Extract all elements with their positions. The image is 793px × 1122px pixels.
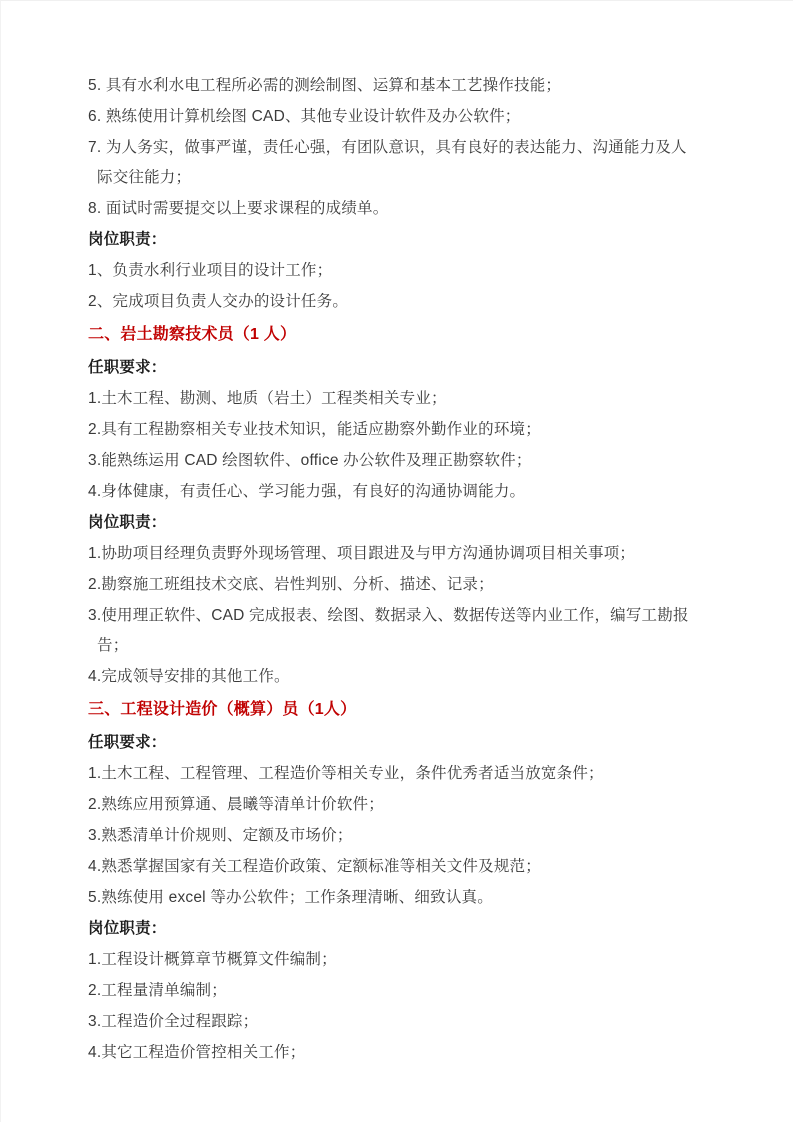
list-item: 4.身体健康，有责任心、学习能力强，有良好的沟通协调能力。 xyxy=(88,477,708,507)
list-item: 5.熟练使用 excel 等办公软件；工作条理清晰、细致认真。 xyxy=(88,883,708,913)
subsection-label: 任职要求： xyxy=(88,728,708,758)
list-item: 2.具有工程勘察相关专业技术知识，能适应勘察外勤作业的环境； xyxy=(88,415,708,445)
list-item: 1.土木工程、勘测、地质（岩土）工程类相关专业； xyxy=(88,384,708,414)
document-content: 5. 具有水利水电工程所必需的测绘制图、运算和基本工艺操作技能；6. 熟练使用计… xyxy=(88,71,708,1069)
list-item: 4.熟悉掌握国家有关工程造价政策、定额标准等相关文件及规范； xyxy=(88,852,708,882)
list-item: 7. 为人务实，做事严谨，责任心强，有团队意识，具有良好的表达能力、沟通能力及人… xyxy=(88,133,708,193)
subsection-label: 岗位职责： xyxy=(88,225,708,255)
list-item: 3.熟悉清单计价规则、定额及市场价； xyxy=(88,821,708,851)
list-item: 2、完成项目负责人交办的设计任务。 xyxy=(88,287,708,317)
subsection-label: 岗位职责： xyxy=(88,914,708,944)
list-item: 1、负责水利行业项目的设计工作； xyxy=(88,256,708,286)
list-item: 2.勘察施工班组技术交底、岩性判别、分析、描述、记录； xyxy=(88,570,708,600)
list-item: 1.工程设计概算章节概算文件编制； xyxy=(88,945,708,975)
list-item: 2.熟练应用预算通、晨曦等清单计价软件； xyxy=(88,790,708,820)
section-heading: 二、岩土勘察技术员（1 人） xyxy=(88,320,708,350)
list-item: 2.工程量清单编制； xyxy=(88,976,708,1006)
list-item: 1.协助项目经理负责野外现场管理、项目跟进及与甲方沟通协调项目相关事项； xyxy=(88,539,708,569)
list-item: 8. 面试时需要提交以上要求课程的成绩单。 xyxy=(88,194,708,224)
subsection-label: 任职要求： xyxy=(88,353,708,383)
list-item: 3.使用理正软件、CAD 完成报表、绘图、数据录入、数据传送等内业工作，编写工勘… xyxy=(88,601,708,661)
list-item: 4.完成领导安排的其他工作。 xyxy=(88,662,708,692)
subsection-label: 岗位职责： xyxy=(88,508,708,538)
list-item: 5. 具有水利水电工程所必需的测绘制图、运算和基本工艺操作技能； xyxy=(88,71,708,101)
list-item: 6. 熟练使用计算机绘图 CAD、其他专业设计软件及办公软件； xyxy=(88,102,708,132)
list-item: 1.土木工程、工程管理、工程造价等相关专业，条件优秀者适当放宽条件； xyxy=(88,759,708,789)
document-page: 5. 具有水利水电工程所必需的测绘制图、运算和基本工艺操作技能；6. 熟练使用计… xyxy=(0,0,793,1122)
list-item: 4.其它工程造价管控相关工作； xyxy=(88,1038,708,1068)
section-heading: 三、工程设计造价（概算）员（1人） xyxy=(88,695,708,725)
list-item: 3.工程造价全过程跟踪； xyxy=(88,1007,708,1037)
list-item: 3.能熟练运用 CAD 绘图软件、office 办公软件及理正勘察软件； xyxy=(88,446,708,476)
